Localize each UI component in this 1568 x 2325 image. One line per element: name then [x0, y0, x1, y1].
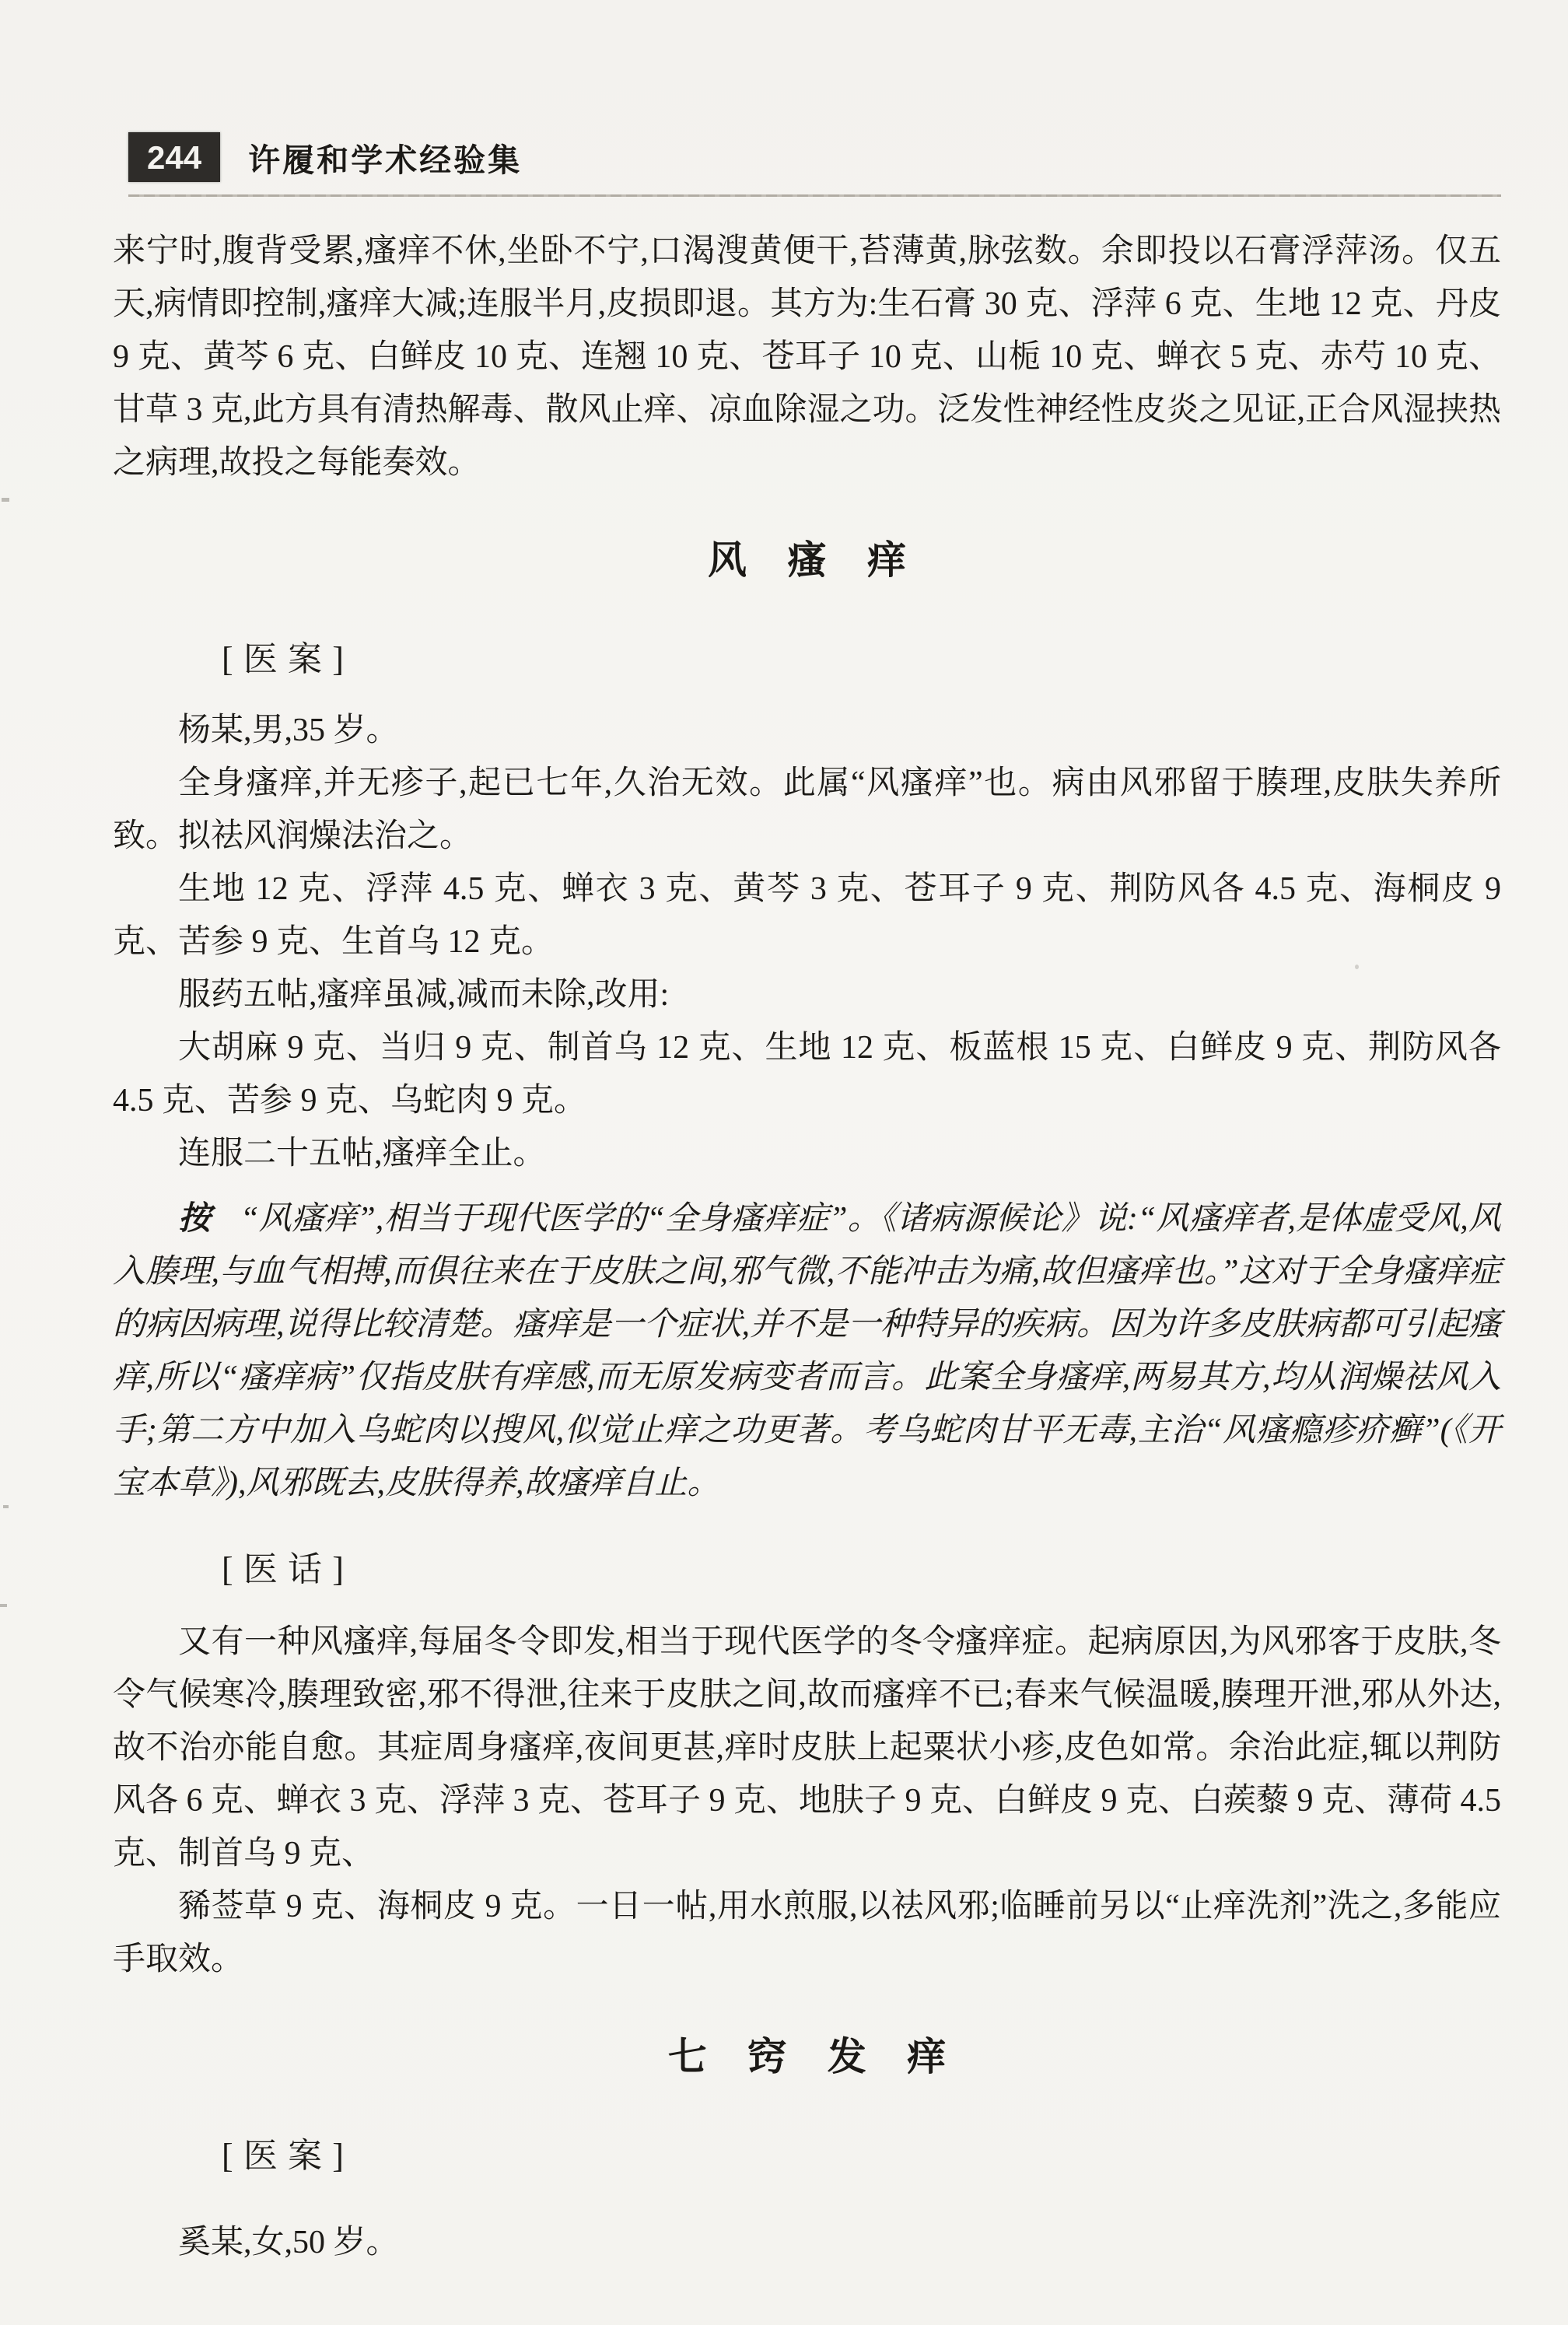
scan-speck [1355, 965, 1359, 969]
case-record-label: [医案] [222, 637, 1501, 682]
discussion-paragraph: 豨莶草 9 克、海桐皮 9 克。一日一帖,用水煎服,以祛风邪;临睡前另以“止痒洗… [113, 1880, 1501, 1986]
discussion-label: [医话] [222, 1547, 1501, 1592]
scan-speck [3, 1505, 9, 1508]
case-record-body: 杨某,男,35 岁。 全身瘙痒,并无疹子,起已七年,久治无效。此属“风瘙痒”也。… [113, 704, 1501, 1180]
commentary-label: 按 [178, 1201, 211, 1237]
intro-paragraph: 来宁时,腹背受累,瘙痒不休,坐卧不宁,口渴溲黄便干,苔薄黄,脉弦数。余即投以石膏… [113, 225, 1501, 489]
book-page: 244 许履和学术经验集 来宁时,腹背受累,瘙痒不休,坐卧不宁,口渴溲黄便干,苔… [0, 0, 1568, 2325]
commentary-text: “风瘙痒”,相当于现代医学的“全身瘙痒症”。《诸病源候论》说:“风瘙痒者,是体虚… [113, 1201, 1501, 1501]
case-paragraph: 连服二十五帖,瘙痒全止。 [113, 1127, 1501, 1180]
commentary-paragraph: 按“风瘙痒”,相当于现代医学的“全身瘙痒症”。《诸病源候论》说:“风瘙痒者,是体… [113, 1192, 1501, 1510]
scan-speck [2, 498, 9, 502]
case-paragraph: 杨某,男,35 岁。 [113, 704, 1501, 757]
case-record-label: [医案] [222, 2134, 1501, 2179]
case-paragraph: 全身瘙痒,并无疹子,起已七年,久治无效。此属“风瘙痒”也。病由风邪留于腠理,皮肤… [113, 757, 1501, 863]
case-paragraph: 奚某,女,50 岁。 [113, 2216, 1501, 2269]
case-paragraph: 大胡麻 9 克、当归 9 克、制首乌 12 克、生地 12 克、板蓝根 15 克… [113, 1021, 1501, 1127]
case-paragraph: 服药五帖,瘙痒虽减,减而未除,改用: [113, 968, 1501, 1021]
scan-speck [0, 1604, 7, 1607]
header-divider [128, 194, 1501, 197]
section-title-feng-saoyang: 风瘙痒 [113, 533, 1501, 587]
running-header: 244 许履和学术经验集 [128, 132, 1501, 182]
discussion-paragraph: 又有一种风瘙痒,每届冬令即发,相当于现代医学的冬令瘙痒症。起病原因,为风邪客于皮… [113, 1616, 1501, 1880]
case-paragraph: 生地 12 克、浮萍 4.5 克、蝉衣 3 克、黄芩 3 克、苍耳子 9 克、荆… [113, 863, 1501, 968]
book-title: 许履和学术经验集 [248, 135, 522, 180]
section-title-qiqiao-fayang: 七窍发痒 [113, 2029, 1501, 2084]
discussion-body: 又有一种风瘙痒,每届冬令即发,相当于现代医学的冬令瘙痒症。起病原因,为风邪客于皮… [113, 1616, 1501, 1986]
page-number: 244 [128, 132, 220, 182]
